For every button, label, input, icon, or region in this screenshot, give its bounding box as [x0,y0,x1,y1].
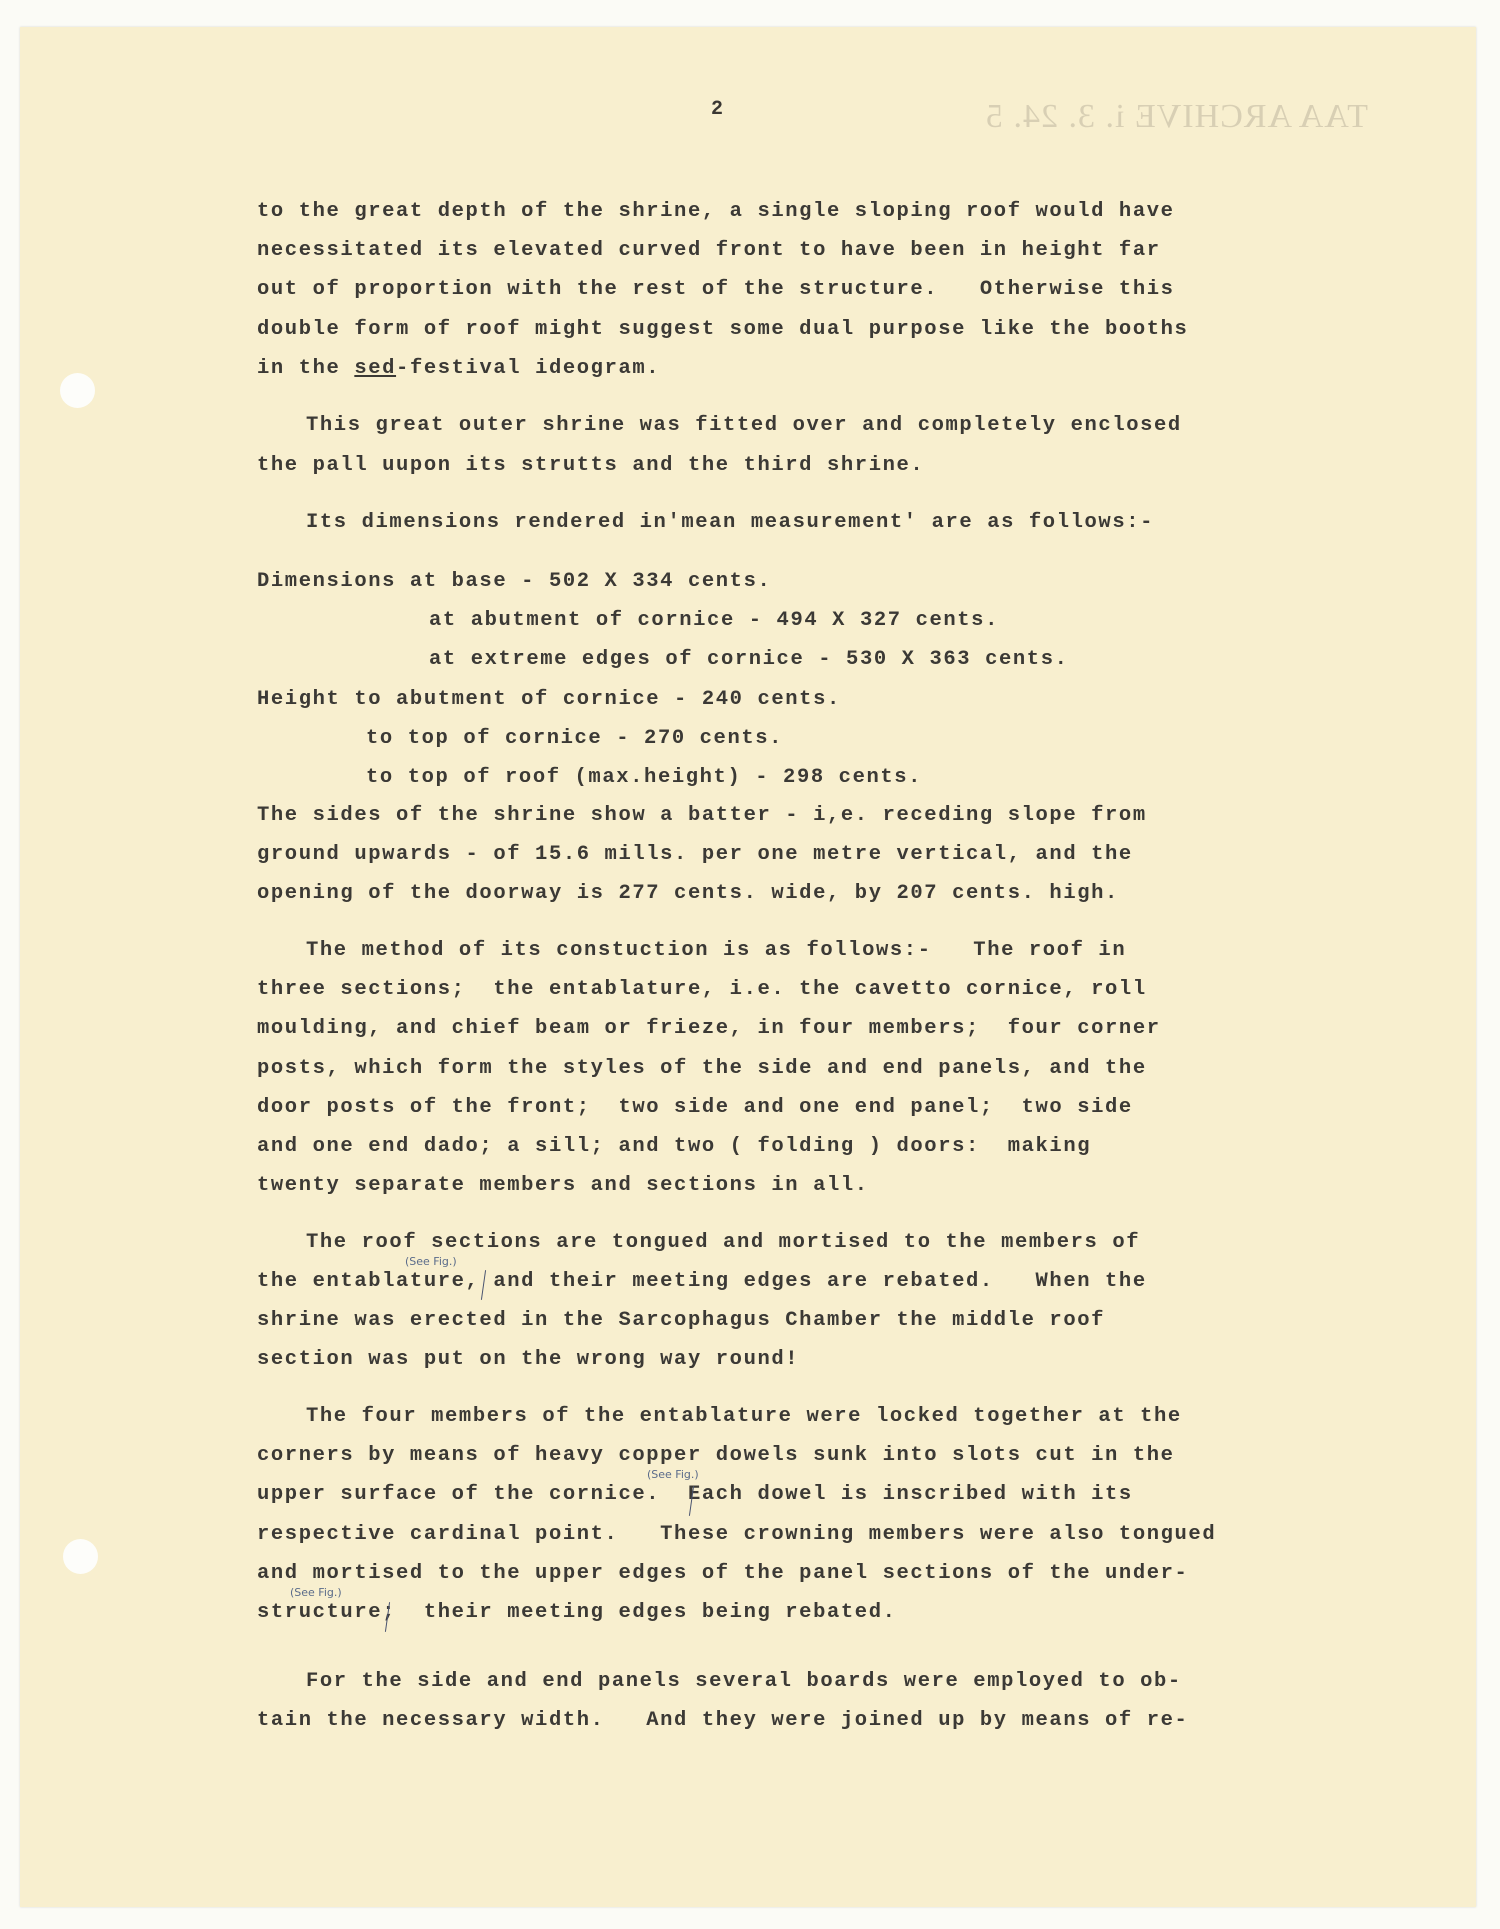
handwritten-note-see-fig: (See Fig.) [290,1586,342,1599]
paragraph-start: This great outer shrine was fitted over … [306,414,1182,437]
text-line: shrine was erected in the Sarcophagus Ch… [257,1309,1105,1332]
dimension-line: to top of roof (max.height) - 298 cents. [366,766,922,789]
paragraph-start: The method of its constuction is as foll… [306,939,1126,962]
dimension-line: Height to abutment of cornice - 240 cent… [257,688,841,711]
handwritten-note-see-fig: (See Fig.) [405,1255,457,1268]
punch-hole-bottom [63,1539,98,1574]
text-line: double form of roof might suggest some d… [257,318,1188,341]
text-line: moulding, and chief beam or frieze, in f… [257,1017,1161,1040]
dimension-line: to top of cornice - 270 cents. [366,727,783,750]
text-line: respective cardinal point. These crownin… [257,1523,1216,1546]
text-line: upper surface of the cornice. Each dowel… [257,1483,1133,1506]
paragraph-start: The four members of the entablature were… [306,1405,1182,1428]
page-number: 2 [711,98,723,121]
dimension-line: at extreme edges of cornice - 530 X 363 … [429,648,1069,671]
text-line: the entablature, and their meeting edges… [257,1270,1147,1293]
text-line: and one end dado; a sill; and two ( fold… [257,1135,1091,1158]
text-line: out of proportion with the rest of the s… [257,278,1175,301]
text-line: posts, which form the styles of the side… [257,1057,1147,1080]
paragraph-start: The roof sections are tongued and mortis… [306,1231,1140,1254]
text-line: the pall uupon its strutts and the third… [257,454,924,477]
text-line: The sides of the shrine show a batter - … [257,804,1147,827]
text-line: door posts of the front; two side and on… [257,1096,1133,1119]
text-line: necessitated its elevated curved front t… [257,239,1161,262]
text-fragment: -festival ideogram. [396,357,660,380]
text-line: section was put on the wrong way round! [257,1348,799,1371]
text-line: in the sed-festival ideogram. [257,357,660,380]
paragraph-start: Its dimensions rendered in'mean measurem… [306,511,1154,534]
text-line: ground upwards - of 15.6 mills. per one … [257,843,1133,866]
text-line: tain the necessary width. And they were … [257,1709,1188,1732]
text-line: corners by means of heavy copper dowels … [257,1444,1175,1467]
text-line: structure; their meeting edges being reb… [257,1601,897,1624]
handwritten-note-see-fig: (See Fig.) [647,1468,699,1481]
text-line: and mortised to the upper edges of the p… [257,1562,1188,1585]
underlined-word: sed [354,357,396,380]
punch-hole-top [60,373,95,408]
paper-sheet [20,27,1476,1907]
text-line: opening of the doorway is 277 cents. wid… [257,882,1119,905]
archive-stamp: TAA ARCHIVE i. 3. 24. 5 [985,98,1368,136]
dimension-line: at abutment of cornice - 494 X 327 cents… [429,609,999,632]
text-line: three sections; the entablature, i.e. th… [257,978,1147,1001]
text-line: to the great depth of the shrine, a sing… [257,200,1175,223]
paragraph-start: For the side and end panels several boar… [306,1670,1182,1693]
text-fragment: in the [257,357,354,380]
text-line: twenty separate members and sections in … [257,1174,869,1197]
dimension-line: Dimensions at base - 502 X 334 cents. [257,570,771,593]
